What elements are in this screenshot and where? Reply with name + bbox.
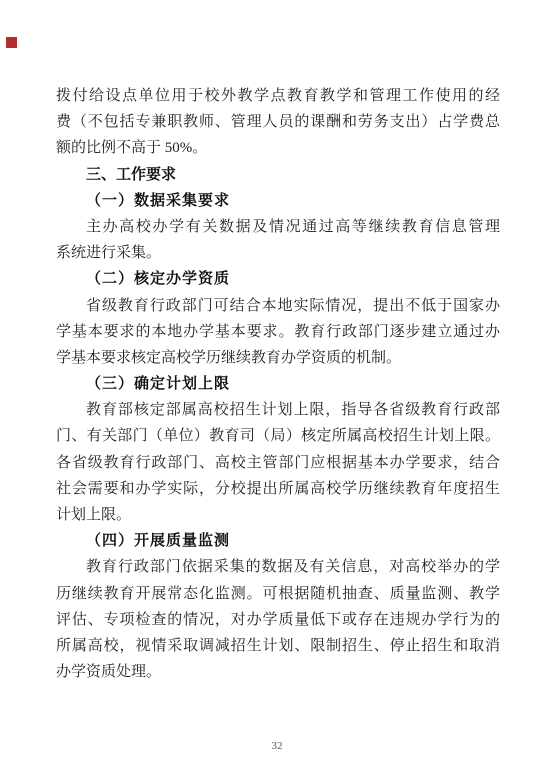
text-line: 主办高校办学有关数据及情况通过高等继续教育信息管理 [56,214,500,240]
text-line: 所属高校，视情采取调减招生计划、限制招生、停止招生和取消 [56,633,500,659]
text-line: 办学资质处理。 [56,659,500,685]
text-line: 拨付给设点单位用于校外教学点教育教学和管理工作使用的经 [56,83,500,109]
text-line: 计划上限。 [56,502,500,528]
text-line: 社会需要和办学实际，分校提出所属高校学历继续教育年度招生 [56,476,500,502]
page-number: 32 [0,739,554,753]
document-page: 拨付给设点单位用于校外教学点教育教学和管理工作使用的经费（不包括专兼职教师、管理… [0,0,554,783]
text-line: 学基本要求的本地办学基本要求。教育行政部门逐步建立通过办 [56,319,500,345]
text-line: 各省级教育行政部门、高校主管部门应根据基本办学要求，结合 [56,450,500,476]
document-body: 拨付给设点单位用于校外教学点教育教学和管理工作使用的经费（不包括专兼职教师、管理… [56,83,500,685]
text-line: 额的比例不高于 50%。 [56,135,500,161]
text-line: 教育部核定部属高校招生计划上限，指导各省级教育行政部 [56,397,500,423]
text-line: 系统进行采集。 [56,240,500,266]
subsection-heading: （三）确定计划上限 [56,371,500,397]
text-line: 评估、专项检查的情况，对办学质量低下或存在违规办学行为的 [56,607,500,633]
section-heading: 三、工作要求 [56,162,500,188]
red-marker-icon [6,37,17,48]
text-line: 历继续教育开展常态化监测。可根据随机抽查、质量监测、教学 [56,581,500,607]
text-line: 教育行政部门依据采集的数据及有关信息，对高校举办的学 [56,554,500,580]
subsection-heading: （一）数据采集要求 [56,188,500,214]
text-line: 费（不包括专兼职教师、管理人员的课酬和劳务支出）占学费总 [56,109,500,135]
text-line: 省级教育行政部门可结合本地实际情况，提出不低于国家办 [56,293,500,319]
subsection-heading: （二）核定办学资质 [56,266,500,292]
subsection-heading: （四）开展质量监测 [56,528,500,554]
text-line: 门、有关部门（单位）教育司（局）核定所属高校招生计划上限。 [56,423,500,449]
text-line: 学基本要求核定高校学历继续教育办学资质的机制。 [56,345,500,371]
